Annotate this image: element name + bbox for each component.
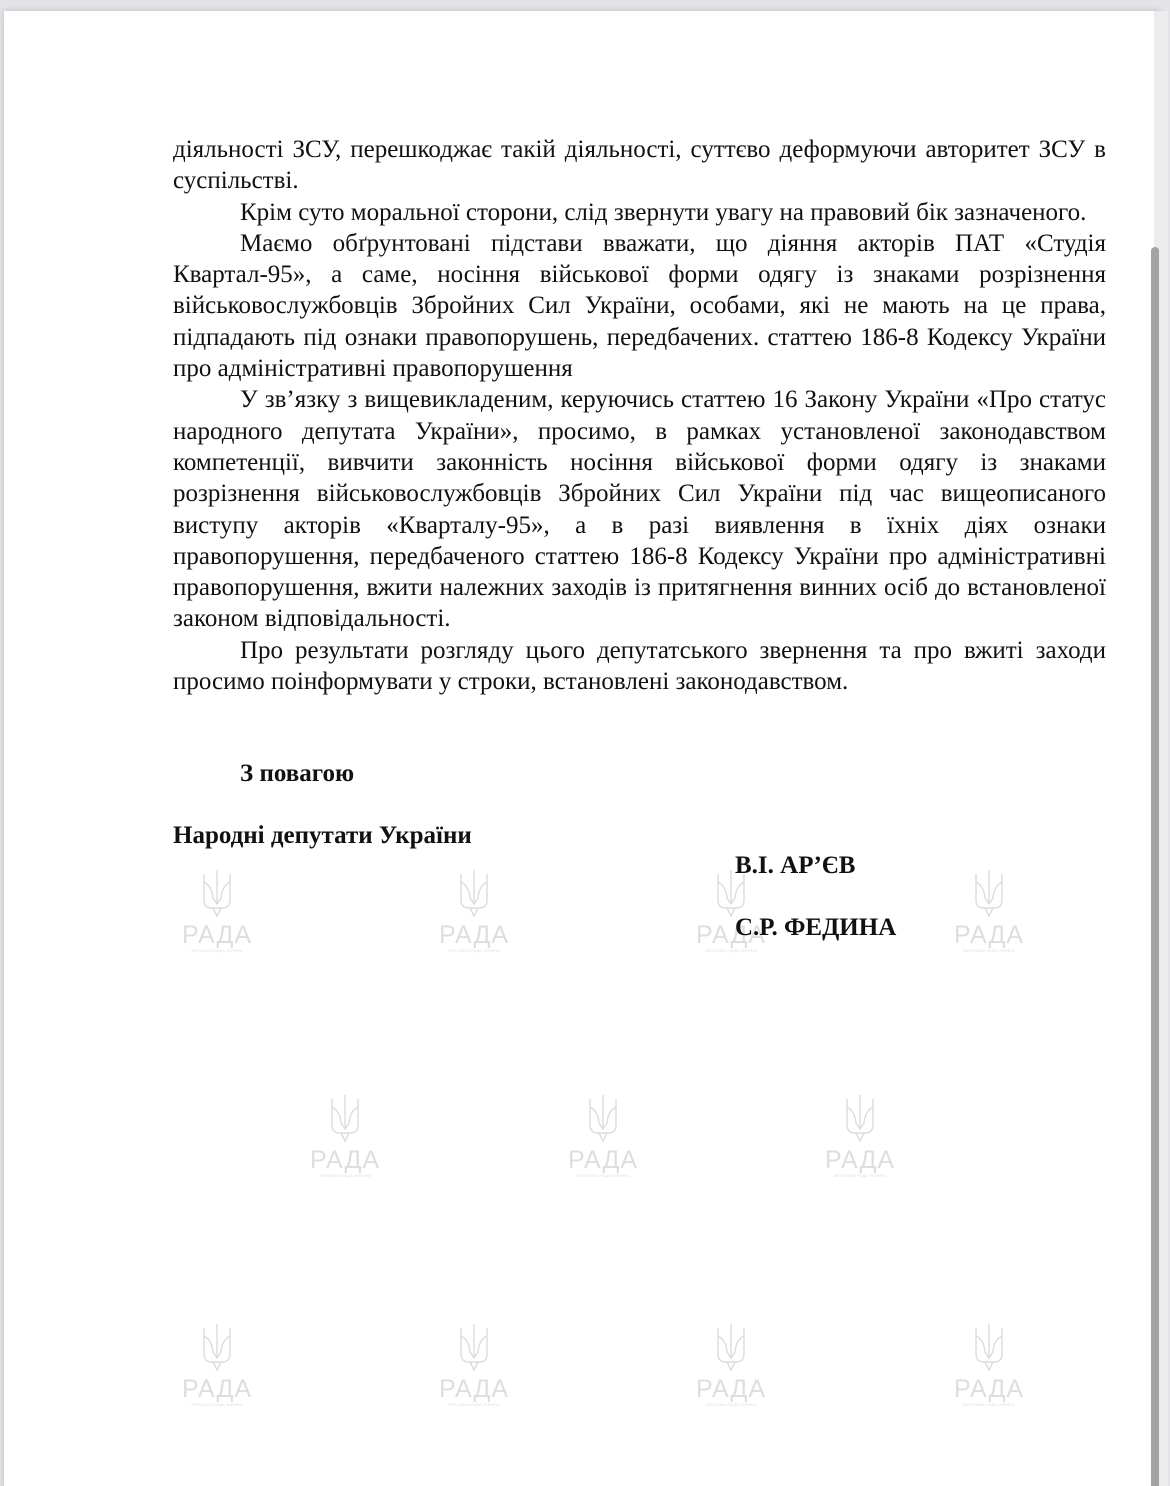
- closing-phrase: З повагою: [240, 760, 354, 788]
- paragraph-1: діяльності ЗСУ, перешкоджає такій діяльн…: [173, 134, 1106, 197]
- paragraph-3: Маємо обґрунтовані підстави вважати, що …: [173, 228, 1106, 384]
- scrollbar-thumb[interactable]: [1151, 247, 1159, 1486]
- paragraph-2: Крім суто моральної сторони, слід зверну…: [173, 197, 1106, 228]
- paragraph-4: У зв’язку з вищевикладеним, керуючись ст…: [173, 384, 1106, 634]
- signatory-name-1: В.І. АР’ЄВ: [735, 852, 855, 880]
- signatory-name-2: С.Р. ФЕДИНА: [735, 914, 896, 942]
- letter-body: діяльності ЗСУ, перешкоджає такій діяльн…: [173, 134, 1106, 697]
- paragraph-5: Про результати розгляду цього депутатськ…: [173, 635, 1106, 698]
- signatory-title: Народні депутати України: [173, 822, 472, 850]
